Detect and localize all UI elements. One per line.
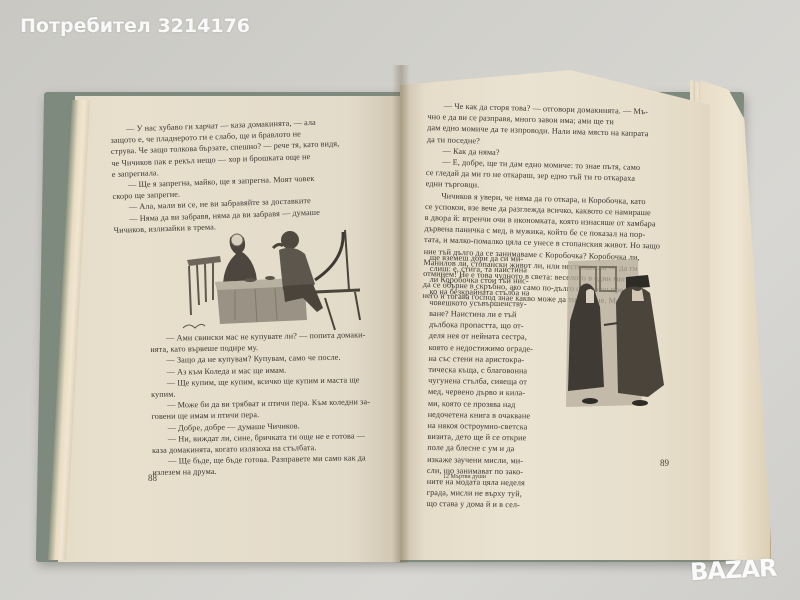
page-block-edge [700,80,771,560]
page-signature: 12 Мъртви души [443,474,486,480]
cloaked-figures-illustration [550,255,670,415]
left-page-top-text: — У нас хубаво ги харчат — каза домакиня… [110,114,404,236]
right-page-number: 89 [660,458,669,468]
text-line: що става у дома й и в сел- [426,498,546,511]
user-id-watermark: Потребител 3214176 [20,15,250,37]
tea-table-illustration [175,220,380,335]
photo-scene: — У нас хубаво ги харчат — каза домакиня… [0,0,800,600]
bazar-logo-watermark: BAZAR [689,554,777,586]
left-page-number: 88 [148,473,157,483]
right-page-column-text: ще вземеш дори да си ми- слиш: е, стига,… [426,252,550,511]
left-page-bottom-text: — Ами свински мас не купувате ли? — попи… [150,329,403,479]
